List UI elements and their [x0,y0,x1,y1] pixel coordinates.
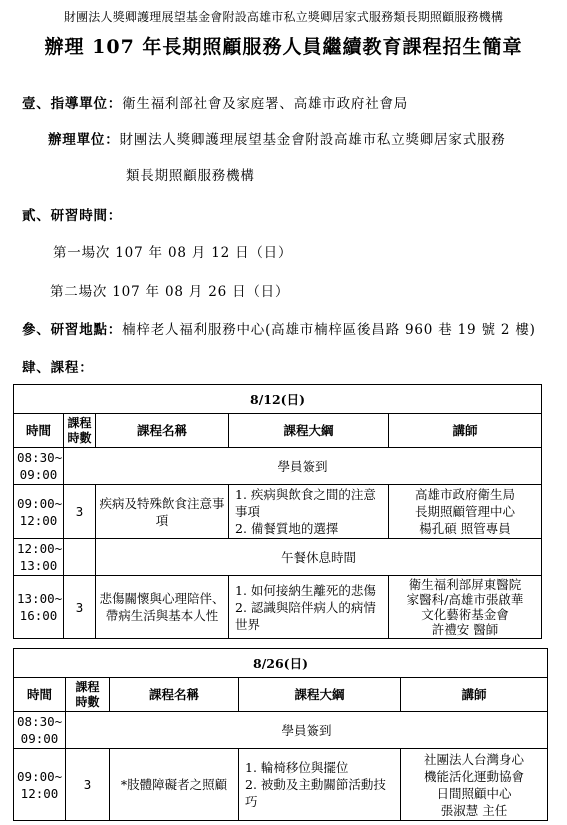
header-outline: 課程大綱 [229,414,389,448]
hours-cell: 3 [64,485,96,539]
schedule-label: 貳、研習時間： [22,208,122,224]
organizer-value-line1: 財團法人獎卿護理展望基金會附設高雄市私立獎卿居家式服務 [120,132,506,148]
lecturer-cell: 社團法人台灣身心機能活化運動協會日間照顧中心張淑慧 主任 [401,749,548,821]
schedule-table-0812: 8/12(日) 時間 課程時數 課程名稱 課程大綱 講師 08:30~09:00… [13,384,542,639]
table-row-course: 09:00~12:00 3 *肢體障礙者之照顧 1. 輪椅移位與擺位2. 被動及… [14,749,548,821]
session-2-date: 第二場次 107 年 08 月 26 日（日） [50,280,289,300]
organizer-value-line2: 類長期照顧服務機構 [126,164,255,184]
time-cell: 09:00~12:00 [14,485,64,539]
table-row-checkin: 08:30~09:00 學員簽到 [14,712,548,749]
table-row-lunch: 12:00~13:00 午餐休息時間 [14,539,542,576]
schedule-heading: 貳、研習時間： [22,204,122,224]
table-header-row: 時間 課程時數 課程名稱 課程大綱 講師 [14,414,542,448]
location-label: 參、研習地點： [22,322,122,338]
course-name-cell: 悲傷關懷與心理陪伴、帶病生活與基本人性 [96,576,229,639]
lunch-cell: 午餐休息時間 [96,539,542,576]
table-date: 8/26(日) [14,649,548,678]
location-value: 楠梓老人福利服務中心(高雄市楠梓區後昌路 960 巷 19 號 2 樓) [122,322,536,338]
courses-label: 肆、課程： [22,360,94,376]
checkin-cell: 學員簽到 [66,712,548,749]
time-cell: 09:00~12:00 [14,749,66,821]
outline-cell: 1. 輪椅移位與擺位2. 被動及主動關節活動技巧 [239,749,401,821]
header-hours: 課程時數 [66,678,110,712]
hours-cell [64,539,96,576]
outline-cell: 1. 如何接納生離死的悲傷2. 認識與陪伴病人的病情世界 [229,576,389,639]
course-name-cell: *肢體障礙者之照顧 [110,749,239,821]
organizer-label: 辦理單位： [48,132,120,148]
guidance-label: 壹、指導單位： [22,96,122,112]
organizer-unit: 辦理單位：財團法人獎卿護理展望基金會附設高雄市私立獎卿居家式服務 [48,128,506,148]
schedule-table-0826: 8/26(日) 時間 課程時數 課程名稱 課程大綱 講師 08:30~09:00… [13,648,548,821]
table-row-checkin: 08:30~09:00 學員簽到 [14,448,542,485]
header-course-name: 課程名稱 [110,678,239,712]
checkin-cell: 學員簽到 [64,448,542,485]
hours-cell: 3 [66,749,110,821]
time-cell: 08:30~09:00 [14,712,66,749]
header-outline: 課程大綱 [239,678,401,712]
lecturer-cell: 衛生福利部屏東醫院家醫科/高雄市張啟華文化藝術基金會許禮安 醫師 [389,576,542,639]
page-title: 辦理 107 年長期照顧服務人員繼續教育課程招生簡章 [0,32,567,59]
hours-cell: 3 [64,576,96,639]
location: 參、研習地點：楠梓老人福利服務中心(高雄市楠梓區後昌路 960 巷 19 號 2… [22,318,536,338]
organization-header: 財團法人獎卿護理展望基金會附設高雄市私立獎卿居家式服務類長期照顧服務機構 [0,8,567,25]
lecturer-cell: 高雄市政府衛生局長期照顧管理中心楊孔碩 照管專員 [389,485,542,539]
header-lecturer: 講師 [389,414,542,448]
course-name-cell: 疾病及特殊飲食注意事項 [96,485,229,539]
header-time: 時間 [14,414,64,448]
time-cell: 08:30~09:00 [14,448,64,485]
table-row-course: 13:00~16:00 3 悲傷關懷與心理陪伴、帶病生活與基本人性 1. 如何接… [14,576,542,639]
header-time: 時間 [14,678,66,712]
header-course-name: 課程名稱 [96,414,229,448]
session-1-date: 第一場次 107 年 08 月 12 日（日） [53,241,292,261]
header-lecturer: 講師 [401,678,548,712]
courses-heading: 肆、課程： [22,356,94,376]
table-row-course: 09:00~12:00 3 疾病及特殊飲食注意事項 1. 疾病與飲食之間的注意事… [14,485,542,539]
header-hours: 課程時數 [64,414,96,448]
outline-cell: 1. 疾病與飲食之間的注意事項2. 備餐質地的選擇 [229,485,389,539]
time-cell: 12:00~13:00 [14,539,64,576]
guidance-value: 衛生福利部社會及家庭署、高雄市政府社會局 [122,96,408,112]
table-date: 8/12(日) [14,385,542,414]
table-header-row: 時間 課程時數 課程名稱 課程大綱 講師 [14,678,548,712]
guidance-unit: 壹、指導單位：衛生福利部社會及家庭署、高雄市政府社會局 [22,92,408,112]
time-cell: 13:00~16:00 [14,576,64,639]
